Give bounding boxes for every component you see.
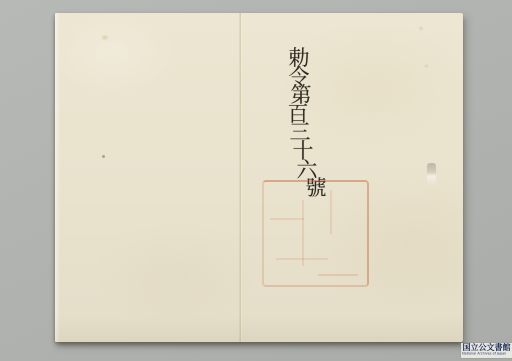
seal-faded-mark	[330, 190, 332, 234]
scan-background: 勅令第百三十六號 国立公文書館 National Archives of Jap…	[0, 0, 512, 361]
paper-stain	[423, 63, 430, 69]
title-vertical-text: 勅令第百三十六號	[283, 49, 315, 198]
paper-speck	[102, 155, 105, 158]
center-fold-crease	[239, 13, 242, 342]
seal-faded-mark	[270, 218, 304, 220]
red-seal-stamp	[262, 180, 369, 287]
document-paper: 勅令第百三十六號	[55, 13, 463, 342]
paper-stain	[99, 33, 111, 42]
seal-faded-mark	[276, 258, 328, 260]
seal-faded-mark	[302, 200, 304, 266]
seal-faded-mark	[318, 274, 358, 276]
paper-stain	[417, 25, 425, 32]
archives-watermark-english: National Archives of Japan	[462, 352, 512, 355]
paper-smudge	[427, 163, 436, 185]
archives-watermark: 国立公文書館 National Archives of Japan	[461, 343, 512, 358]
